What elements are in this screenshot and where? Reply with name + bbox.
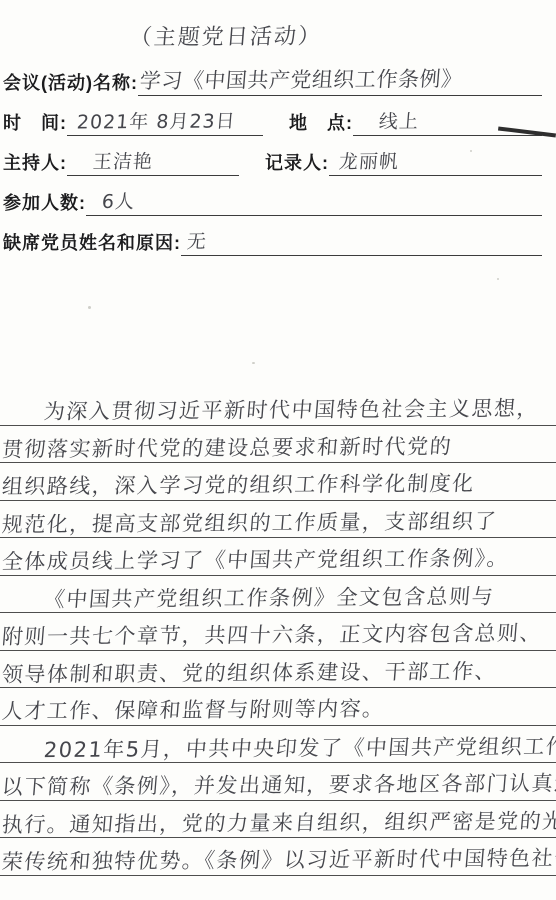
note-line-text: 组织路线，深入学习党的组织工作科学化制度化 bbox=[1, 473, 476, 499]
meeting-form: 会议(活动)名称: 学习《中国共产党组织工作条例》 时 间: 2021年 8月2… bbox=[0, 56, 556, 256]
note-line: 贯彻落实新时代党的建设总要求和新时代党的 bbox=[0, 426, 556, 464]
meeting-name-value: 学习《中国共产党组织工作条例》 bbox=[138, 63, 464, 96]
note-line: 为深入贯彻习近平新时代中国特色社会主义思想， bbox=[0, 388, 556, 426]
note-line: 荣传统和独特优势。《条例》以习近平新时代中国特色社会 bbox=[0, 838, 556, 876]
note-line: 规范化，提高支部党组织的工作质量，支部组织了 bbox=[0, 501, 556, 539]
scan-speckle bbox=[470, 150, 472, 152]
host-value: 王洁艳 bbox=[67, 147, 154, 176]
note-line-text: 领导体制和职责、党的组织体系建设、干部工作、 bbox=[1, 660, 498, 687]
note-line: 执行。通知指出，党的力量来自组织，组织严密是党的光 bbox=[0, 801, 556, 839]
meeting-name-field: 学习《中国共产党组织工作条例》 bbox=[138, 55, 542, 96]
scanned-meeting-record-page: （主题党日活动） 会议(活动)名称: 学习《中国共产党组织工作条例》 时 间: … bbox=[0, 0, 556, 900]
form-row-host-recorder: 主持人: 王洁艳 记录人: 龙丽帆 bbox=[0, 136, 556, 176]
scan-speckle bbox=[88, 306, 91, 309]
time-field: 2021年 8月23日 bbox=[67, 95, 263, 136]
absent-value: 无 bbox=[181, 227, 208, 255]
absent-field: 无 bbox=[181, 215, 542, 256]
meeting-notes-body: 为深入贯彻习近平新时代中国特色社会主义思想， 贯彻落实新时代党的建设总要求和新时… bbox=[0, 388, 556, 876]
scan-speckle bbox=[497, 278, 499, 280]
absent-label: 缺席党员姓名和原因: bbox=[3, 233, 181, 256]
form-row-meeting-name: 会议(活动)名称: 学习《中国共产党组织工作条例》 bbox=[0, 56, 556, 96]
note-line-text: 《中国共产党组织工作条例》全文包含总则与 bbox=[43, 585, 495, 611]
place-value: 线上 bbox=[353, 107, 420, 135]
note-line-text: 附则一共七个章节，共四十六条，正文内容包含总则、 bbox=[1, 623, 543, 650]
note-line-text: 人才工作、保障和监督与附则等内容。 bbox=[1, 698, 386, 724]
host-field: 王洁艳 bbox=[67, 135, 239, 176]
form-row-time-place: 时 间: 2021年 8月23日 地 点: 线上 bbox=[0, 96, 556, 136]
note-line: 人才工作、保障和监督与附则等内容。 bbox=[0, 688, 556, 726]
annotation-theme-party-day: （主题党日活动） bbox=[129, 19, 324, 51]
note-line-text: 贯彻落实新时代党的建设总要求和新时代党的 bbox=[1, 435, 453, 461]
note-line-text: 规范化，提高支部党组织的工作质量，支部组织了 bbox=[1, 510, 498, 537]
recorder-field: 龙丽帆 bbox=[329, 135, 542, 176]
note-line: 《中国共产党组织工作条例》全文包含总则与 bbox=[0, 576, 556, 614]
note-line: 以下简称《条例》，并发出通知，要求各地区各部门认真遵照 bbox=[0, 763, 556, 801]
note-line: 组织路线，深入学习党的组织工作科学化制度化 bbox=[0, 463, 556, 501]
form-row-attendees: 参加人数: 6人 bbox=[0, 176, 556, 216]
time-value: 2021年 8月23日 bbox=[67, 106, 237, 135]
place-label: 地 点: bbox=[289, 113, 353, 136]
form-row-absent: 缺席党员姓名和原因: 无 bbox=[0, 216, 556, 256]
attendees-value: 6人 bbox=[86, 187, 136, 215]
time-label: 时 间: bbox=[3, 113, 67, 136]
attendees-label: 参加人数: bbox=[3, 193, 86, 216]
note-line-text: 荣传统和独特优势。《条例》以习近平新时代中国特色社会 bbox=[1, 847, 556, 874]
note-line-text: 2021年5月，中共中央印发了《中国共产党组织工作条例》 bbox=[43, 735, 556, 762]
host-label: 主持人: bbox=[3, 153, 67, 176]
meeting-name-label: 会议(活动)名称: bbox=[3, 73, 138, 96]
note-line: 领导体制和职责、党的组织体系建设、干部工作、 bbox=[0, 651, 556, 689]
scan-speckle bbox=[252, 362, 255, 364]
note-line: 全体成员线上学习了《中国共产党组织工作条例》。 bbox=[0, 538, 556, 576]
note-line-text: 执行。通知指出，党的力量来自组织，组织严密是党的光 bbox=[1, 810, 556, 837]
note-line: 附则一共七个章节，共四十六条，正文内容包含总则、 bbox=[0, 613, 556, 651]
recorder-value: 龙丽帆 bbox=[329, 147, 400, 175]
recorder-label: 记录人: bbox=[265, 153, 329, 176]
note-line: 2021年5月，中共中央印发了《中国共产党组织工作条例》 bbox=[0, 726, 556, 764]
note-line-text: 全体成员线上学习了《中国共产党组织工作条例》。 bbox=[1, 548, 510, 575]
note-line-text: 为深入贯彻习近平新时代中国特色社会主义思想， bbox=[43, 398, 540, 425]
attendees-field: 6人 bbox=[86, 175, 542, 216]
note-line-text: 以下简称《条例》，并发出通知，要求各地区各部门认真遵照 bbox=[1, 772, 556, 799]
